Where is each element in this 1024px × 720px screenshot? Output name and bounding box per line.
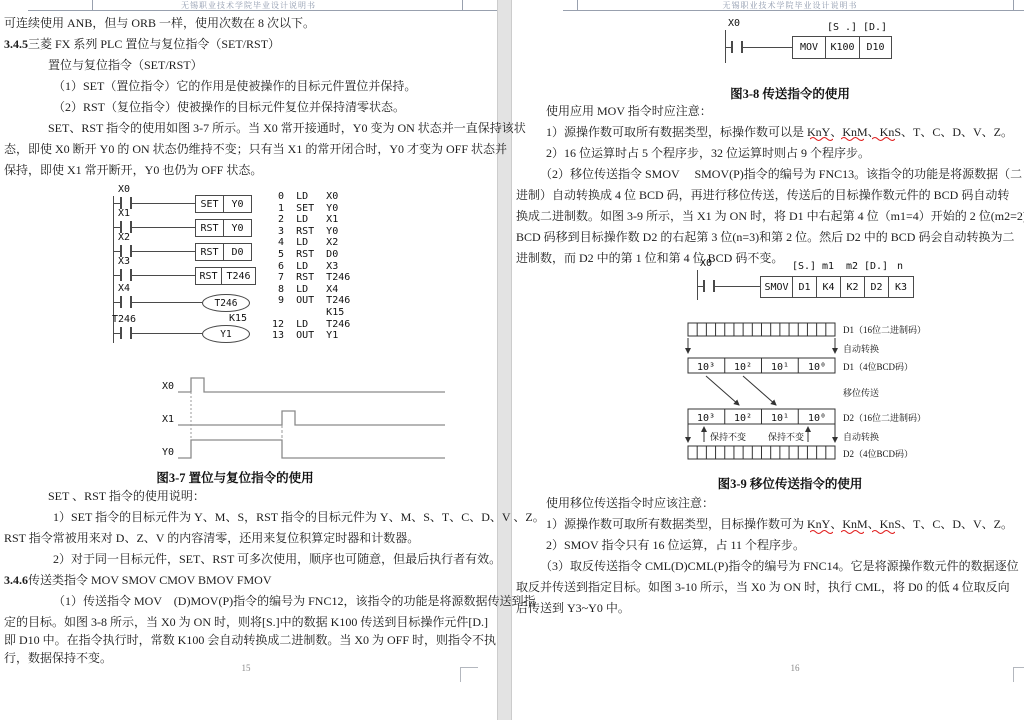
- text-line: SET、RST 指令的使用如图 3-7 所示。当 X0 常开接通时，Y0 变为 …: [48, 121, 526, 135]
- register-label: D1（4位BCD码）: [843, 361, 913, 372]
- contact-label: T246: [112, 314, 136, 325]
- shift-arrow: [743, 376, 776, 405]
- auto-convert-label: 自动转换: [843, 431, 879, 442]
- spellcheck-underline: [841, 136, 864, 141]
- digit-weight: 10³: [697, 362, 715, 373]
- y1-coil: Y1: [202, 325, 250, 343]
- margin-tick: [1013, 0, 1014, 10]
- text-line: RST 指令常被用来对 D、Z、V 的内容清零，还用来复位积算定时器和计数器。: [4, 531, 419, 545]
- text-line: （1）SET（置位指令）它的作用是使被操作的目标元件置位并保持。: [53, 79, 416, 93]
- text-line: 即 D10 中。在指令执行时，常数 K100 会自动转换成二进制数。当 X0 为…: [4, 633, 496, 647]
- text-line: 定的目标。如图 3-8 所示，当 X0 为 ON 时，则将[S.]中的数据 K1…: [4, 615, 488, 629]
- signal-label: Y0: [162, 447, 174, 458]
- contact-label: X0: [118, 184, 130, 195]
- spellcheck-underline: [872, 136, 895, 141]
- text-line: 使用移位传送指令时应该注意：: [546, 496, 714, 510]
- keep-unchanged-label: 保持不变: [768, 431, 804, 442]
- margin-tick: [462, 0, 463, 10]
- operand-header: m2: [846, 261, 858, 272]
- text-line: 后传送到 Y3~Y0 中。: [516, 601, 630, 615]
- register-grid-d2-bcd: [688, 446, 835, 459]
- set-y0-box: SET Y0: [195, 195, 252, 213]
- text-line: 使用应用 MOV 指令时应注意：: [546, 104, 712, 118]
- t246-coil: T246: [202, 294, 250, 312]
- operand-header: [S.]: [792, 261, 816, 272]
- auto-convert-label: 自动转换: [843, 343, 879, 354]
- power-rail: [697, 270, 698, 300]
- operand-header: m1: [822, 261, 834, 272]
- text-line: 置位与复位指令（SET/RST）: [48, 58, 203, 72]
- text-line: （1）传送指令 MOV (D)MOV(P)指令的编号为 FNC12，该指令的功能…: [53, 594, 535, 608]
- no-contact: [120, 269, 132, 281]
- register-label: D1（16位二进制码）: [843, 324, 926, 335]
- text-line: 2）16 位运算时占 5 个程序步，32 位运算时则占 9 个程序步。: [546, 146, 870, 160]
- contact-label: X0: [728, 18, 740, 29]
- text-line: 进制）自动转换成 4 位 BCD 码，再进行移位传送，传送后的目标操作数元件的 …: [516, 188, 1009, 202]
- no-contact: [120, 327, 132, 339]
- text-line: （2）移位传送指令 SMOV SMOV(P)指令的编号为 FNC13。该指令的功…: [540, 167, 1022, 181]
- text-line: BCD 码移到目标操作数 D2 的右起第 3 位(n=3)和第 2 位。然后 D…: [516, 230, 1014, 244]
- section-number: 3.4.6: [4, 573, 28, 587]
- text-line: 1）SET 指令的目标元件为 Y、M、S，RST 指令的目标元件为 Y、M、S、…: [53, 510, 545, 524]
- digit-weight: 10²: [734, 362, 752, 373]
- document-canvas: 无锡职业技术学院毕业设计说明书 无锡职业技术学院毕业设计说明书 可连续使用 AN…: [0, 0, 1024, 720]
- margin-tick: [577, 0, 578, 10]
- no-contact: [120, 296, 132, 308]
- operand-header: [D.]: [864, 261, 888, 272]
- text-line: SET 、RST 指令的使用说明：: [48, 489, 205, 503]
- register-label: D2（4位BCD码）: [843, 448, 913, 459]
- page-gutter: [497, 0, 512, 720]
- text-line: 1）源操作数可取所有数据类型，标操作数可以是 KnY、KnM、KnS、T、C、D…: [546, 125, 1013, 139]
- spellcheck-underline: [810, 529, 833, 534]
- text-line: 取反并传送到指定目标。如图 3-10 所示，当 X0 为 ON 时，执行 CML…: [516, 580, 1010, 594]
- contact-label: X2: [118, 232, 130, 243]
- header-rule-left: [28, 10, 497, 11]
- figure-3-8-caption: 图3-8 传送指令的使用: [512, 84, 1024, 102]
- digit-weight: 10²: [734, 413, 752, 424]
- signal-label: X1: [162, 414, 174, 425]
- rst-y0-box: RST Y0: [195, 219, 252, 237]
- figure-3-7-caption: 图3-7 置位与复位指令的使用: [0, 468, 470, 486]
- page-number-left: 15: [0, 663, 492, 673]
- spellcheck-underline: [841, 529, 864, 534]
- digit-weight: 10¹: [771, 362, 789, 373]
- text-line: 保持，即使 X1 常开断开，Y0 也仍为 OFF 状态。: [4, 163, 262, 177]
- text-line: 3.4.5三菱 FX 系列 PLC 置位与复位指令（SET/RST）: [4, 37, 280, 51]
- operand-header: n: [897, 261, 903, 272]
- text-line: （3）取反传送指令 CML(D)CML(P)指令的编号为 FNC14。它是将源操…: [540, 559, 1019, 573]
- contact-label: X4: [118, 283, 130, 294]
- register-label: D2（16位二进制码）: [843, 412, 926, 423]
- spellcheck-underline: [810, 136, 833, 141]
- signal-label: X0: [162, 381, 174, 392]
- text-line: 2）SMOV 指令只有 16 位运算，占 11 个程序步。: [546, 538, 805, 552]
- digit-weight: 10⁰: [808, 362, 826, 373]
- shift-arrow: [706, 376, 739, 405]
- text-line: 可连续使用 ANB，但与 ORB 一样，使用次数在 8 次以下。: [4, 16, 315, 30]
- digit-weight: 10³: [697, 413, 715, 424]
- instruction-list: 0 LD X0 1 SET Y0 2 LD X1 3 RST Y0 4 LD X…: [272, 191, 350, 342]
- bcd-conversion-diagram: D1（16位二进制码） 自动转换 10³ 10² 10¹ 10⁰ D1（4位BC…: [680, 316, 1024, 468]
- section-number: 3.4.5: [4, 37, 28, 51]
- shift-transfer-label: 移位传送: [843, 387, 879, 398]
- text-line: 态，即使 X0 断开 Y0 的 ON 状态仍维持不变；只有当 X1 的常开闭合时…: [4, 142, 507, 156]
- spellcheck-underline: [872, 529, 895, 534]
- contact-label: X1: [118, 208, 130, 219]
- text-boundary-corner-mark: [460, 667, 478, 682]
- text-line: 1）源操作数可取所有数据类型，目标操作数可为 KnY、KnM、KnS、T、C、D…: [546, 517, 1013, 531]
- no-contact: [731, 41, 743, 53]
- smov-instruction-box: SMOV D1 K4 K2 D2 K3: [760, 276, 914, 298]
- mov-instruction-box: MOV K100 D10: [792, 36, 892, 59]
- contact-label: X3: [118, 256, 130, 267]
- contact-label: X0: [700, 258, 712, 269]
- text-line: （2）RST（复位指令）使被操作的目标元件复位并保持清零状态。: [53, 100, 405, 114]
- rst-d0-box: RST D0: [195, 243, 252, 261]
- keep-unchanged-label: 保持不变: [710, 431, 746, 442]
- digit-weight: 10¹: [771, 413, 789, 424]
- margin-tick: [92, 0, 93, 10]
- k15-constant: K15: [229, 313, 247, 324]
- register-grid-d1-binary: [688, 323, 835, 336]
- header-rule-right: [563, 10, 1024, 11]
- figure-3-9-caption: 图3-9 移位传送指令的使用: [512, 474, 1024, 492]
- text-line: 3.4.6传送类指令 MOV SMOV CMOV BMOV FMOV: [4, 573, 272, 587]
- operand-header: [S .]: [827, 22, 857, 33]
- no-contact: [703, 280, 715, 292]
- text-line: 换成二进制数。如图 3-9 所示，当 X1 为 ON 时，将 D1 中右起第 4…: [516, 209, 1024, 223]
- text-line: 2）对于同一目标元件，SET、RST 可多次使用，顺序也可随意，但最后执行者有效…: [53, 552, 501, 566]
- timing-diagram: X0 X1 Y0: [160, 372, 452, 467]
- text-boundary-corner-mark: [1013, 667, 1024, 682]
- operand-header: [D.]: [863, 22, 887, 33]
- text-line: 进制数，而 D2 中的第 1 位和第 4 位 BCD 码不变。: [516, 251, 783, 265]
- rst-t246-box: RST T246: [195, 267, 256, 285]
- page-number-right: 16: [512, 663, 1024, 673]
- digit-weight: 10⁰: [808, 413, 826, 424]
